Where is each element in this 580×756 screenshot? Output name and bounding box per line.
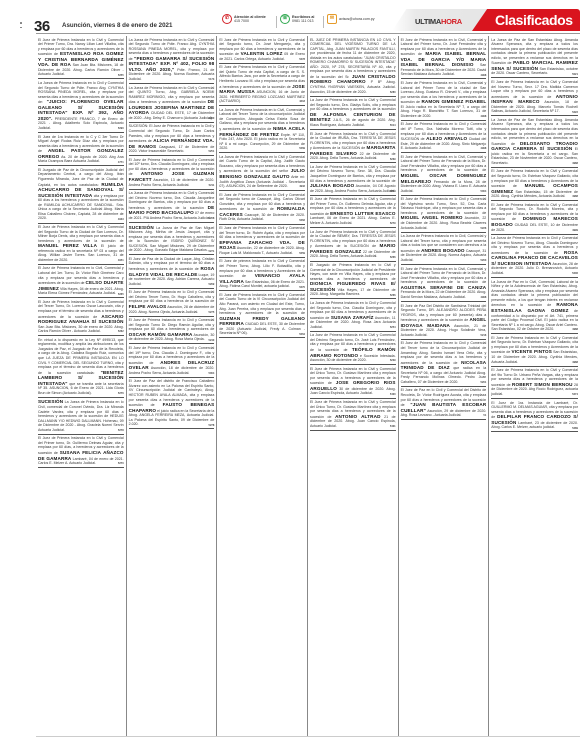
- header-rule: [36, 33, 580, 34]
- legal-notice: La Jueza de Primera Instancia en lo Civi…: [129, 36, 215, 84]
- legal-notice: El Juez de Primera Instancia en lo Civil…: [38, 36, 124, 79]
- legal-notice: En virtud a lo dispuesto en la Ley Nº 49…: [38, 336, 124, 398]
- contact-value: 0981 111 013: [292, 19, 313, 23]
- ad-code: 5270: [299, 286, 305, 291]
- notice-body: La Jueza de Primera Instancia en lo Civi…: [129, 191, 215, 210]
- legal-notice: El Juez de Primera Instancia en lo Civil…: [401, 153, 487, 195]
- legal-notice: El Juez de Primera Instancia en lo Civil…: [219, 64, 305, 106]
- ad-code: 5259: [299, 252, 305, 257]
- legal-notice: La Jueza de Primera Instancia en lo Civi…: [129, 84, 215, 123]
- ad-code: 5251: [209, 150, 215, 155]
- deceased-name: ROBERT SIMON BERNOU: [512, 382, 573, 387]
- ad-code: 4998: [481, 296, 487, 301]
- legal-notice: El Juez de Primera Instancia en lo Civil…: [310, 399, 396, 431]
- whatsapp-contact: ☏ Escribinos al0981 111 013: [280, 14, 314, 24]
- newspaper-logo: ULTIMAHORA: [415, 17, 462, 26]
- ad-code: 5216: [481, 334, 487, 339]
- column-4: EL JUEZ DE PRIMERA INSTANCIA EN LO CIVIL…: [308, 36, 399, 736]
- customer-service-contact: ✆ Atención al cliente415 7000: [222, 14, 266, 24]
- ad-code: 5004: [481, 190, 487, 195]
- deceased-name: ANTONIO ALTRAD: [335, 414, 380, 419]
- ad-code: 5254: [390, 326, 396, 331]
- mail-icon: ✉: [327, 14, 337, 24]
- ad-code: 4932: [299, 185, 305, 190]
- ad-code: 5290: [118, 127, 124, 132]
- deceased-name: RAMON GIMENEZ FIDABEL: [421, 99, 486, 104]
- ad-code: 5201: [481, 381, 487, 386]
- notice-body: El Juez de Primera Instancia en lo Civil…: [401, 197, 487, 215]
- legal-notice: El Juez de Primera Instancia en lo Civil…: [491, 78, 578, 116]
- ad-code: 4999: [572, 229, 578, 234]
- legal-notice: El Juez de Primera Instancia en lo Civil…: [129, 317, 215, 345]
- legal-notice: El Juez de Primera Instancia en lo Civil…: [129, 156, 215, 189]
- deceased-name: VALENTIN LOPEZ: [241, 51, 283, 56]
- brand-banner: ULTIMAHORA Clasificados: [392, 9, 580, 31]
- notice-body: EL JUEZ DE PRIMERA INSTANCIA EN LO CIVIL…: [310, 38, 396, 79]
- ad-code: 5289: [572, 427, 578, 432]
- margin-marks: [20, 22, 22, 36]
- footer-rule: [36, 736, 580, 737]
- dateline: Asunción, viernes 8 de enero de 2021: [62, 22, 172, 29]
- deceased-name: SUCESIÓN: [129, 225, 154, 230]
- deceased-name: OSCAR RAMÓN GAMARRA: [129, 332, 193, 337]
- legal-notice: El Juez de Primera Instancia en lo Civil…: [310, 365, 396, 398]
- legal-notice: El Juez de 1ra. Instancia de Lambaré, Dr…: [491, 399, 578, 432]
- ad-code: 4988: [572, 328, 578, 333]
- ad-code: 4771: [118, 161, 124, 166]
- legal-notice: El Juez de Primera Instancia en lo Civil…: [38, 265, 124, 298]
- legal-notice: El Juez de Primera Instancia en lo Civil…: [401, 265, 487, 302]
- legal-notice: La Jueza de Primera Instancia en lo Civi…: [219, 153, 305, 191]
- ad-code: 5240: [209, 339, 215, 344]
- legal-notice: La Jueza de Primera Instancia en lo Civi…: [491, 235, 578, 278]
- ad-code: 5280: [390, 91, 396, 96]
- deceased-name: ERNESTO LUTTER ESASCO: [330, 211, 396, 216]
- notice-closing: La Jueza de Paz de San Miguel Misiones A…: [129, 226, 215, 253]
- deceased-name: JULIANA BOGADO: [310, 183, 354, 188]
- ad-code: 5173: [209, 78, 215, 83]
- ad-code: 4988: [572, 195, 578, 200]
- ad-code: 5262: [299, 219, 305, 224]
- column-3: El Juez de Primera Instancia en lo Civil…: [217, 36, 308, 736]
- column-2: La Jueza de Primera Instancia en lo Civi…: [127, 36, 218, 736]
- legal-notice: El Juez de Primera Instancia en lo Civil…: [38, 435, 124, 468]
- notice-body: El Juez de Primera Instancia en lo Civil…: [129, 318, 215, 331]
- legal-notice: El Juez de Paz en lo Civil y Comercial d…: [401, 387, 487, 420]
- ad-code: 5264: [299, 333, 305, 338]
- legal-notice: SUCESIÓN: El Juez de Primera Instancia e…: [129, 123, 215, 156]
- contact-value: avisos@uhora.com.py: [339, 17, 375, 21]
- ad-code: 5266: [390, 294, 396, 299]
- notice-body: El Juez de Primera Instancia en lo Civil…: [38, 225, 124, 243]
- legal-notice: La Jueza de Primera Instancia en lo Civi…: [401, 233, 487, 265]
- legal-notice: El Juez de Primera Instancia en lo Civil…: [401, 196, 487, 233]
- ad-code: 5211: [209, 184, 215, 189]
- legal-notice: El Juez de primera Instancia en lo Civil…: [219, 258, 305, 291]
- legal-notice: El Juez de Paz de la Ciudad de Luque, Ab…: [129, 255, 215, 288]
- divider: [323, 16, 324, 28]
- ad-code: 4951: [118, 259, 124, 264]
- ad-code: 5271: [209, 250, 215, 255]
- legal-notice: La Jueza de Paz de San Estanislao Abog. …: [491, 36, 578, 78]
- legal-notice: El Juzgado de Primera Instancia en lo Ci…: [310, 262, 396, 300]
- notice-body: La Juez de Primera Instancia en lo Civil…: [310, 165, 396, 183]
- legal-notice: El Juez de Primera Instancia en lo Civil…: [401, 121, 487, 153]
- legal-notice: La Juez de Primera Instancia en lo Civil…: [310, 97, 396, 130]
- page-header: 36 Asunción, viernes 8 de enero de 2021 …: [0, 0, 580, 34]
- ad-code: 5278: [209, 424, 215, 429]
- legal-notice: El Juez de Primera Instancia en lo Civil…: [38, 298, 124, 336]
- deceased-name: ALEJO AREVALO: [426, 136, 467, 141]
- legal-notice: El Juez de Primera Instancia en lo Civil…: [310, 196, 396, 228]
- ad-code: 5269: [299, 147, 305, 152]
- deceased-name: AGUSTINA SERAFINI DE CANIZA: [401, 285, 487, 290]
- deceased-name: VICENTE PINTOS: [512, 349, 552, 354]
- legal-notice: La Jueza de Primera Instancia en lo Civi…: [219, 106, 305, 153]
- legal-notice: La Jueza de Primera Instancia en lo Civi…: [38, 79, 124, 133]
- legal-notice: El Juez de Primera Instancia en lo Civil…: [491, 168, 578, 201]
- legal-notice: El Juez de Primera Instancia en lo Civil…: [129, 289, 215, 317]
- ad-code: 5265: [118, 293, 124, 298]
- ad-code: 4998: [481, 147, 487, 152]
- phone-icon: ✆: [222, 14, 232, 24]
- deceased-name: MANUEL PEREZ VILLA: [38, 243, 97, 248]
- notice-body: El Juzgado de Primera Instancia en lo Ci…: [310, 263, 396, 281]
- ad-code: 5276: [118, 392, 124, 397]
- ad-code: 4988: [572, 162, 578, 167]
- legal-notice: El Juez de Primera Instancia en lo Civil…: [491, 201, 578, 234]
- ad-code: 4988: [572, 361, 578, 366]
- ad-code: 4933: [118, 218, 124, 223]
- deceased-name: MIGUEL ANGEL ROMERO: [401, 215, 463, 220]
- ad-code: 5274: [572, 393, 578, 398]
- ad-code: 4854: [390, 190, 396, 195]
- legal-notice: El Juez de Primera Instancia en lo Civil…: [401, 36, 487, 79]
- deceased-name: ANDRES BOGADO: [421, 248, 465, 253]
- notice-closing: Fernando de la Mora, 22 de Diciembre de …: [401, 290, 487, 299]
- ad-code: 51: [483, 414, 486, 419]
- column-1: El Juez de Primera Instancia en lo Civil…: [36, 36, 127, 736]
- ad-code: 5278: [299, 58, 305, 63]
- ad-code: 5269: [209, 283, 215, 288]
- ad-code: 5222: [572, 111, 578, 116]
- whatsapp-icon: ☏: [280, 14, 290, 24]
- ad-code: 5255: [118, 74, 124, 79]
- legal-notice: El Juez de Primera Instancia en lo Civil…: [219, 36, 305, 64]
- ad-code: 5279: [390, 222, 396, 227]
- ad-code: 5268: [209, 217, 215, 222]
- ad-code: 5014: [390, 124, 396, 129]
- ad-code: 4998: [481, 74, 487, 79]
- ad-code: 5278: [118, 429, 124, 434]
- notice-body: El Juez de Primera Instancia en lo Civil…: [129, 290, 215, 303]
- notice-body: El Juez de Primera Instancia en lo Civil…: [401, 155, 487, 173]
- notice-body: La Juez de Primera Instancia en lo Civil…: [310, 98, 396, 111]
- ad-code: 5269: [390, 158, 396, 163]
- notice-body: El Juez de Primera Instancia en lo Civil…: [401, 267, 487, 285]
- legal-notice: El Juez de Primera Instancia en lo Civil…: [401, 340, 487, 387]
- legal-notice: El Juez de Primera Instancia en lo Civil…: [310, 130, 396, 163]
- ad-code: 5203: [481, 259, 487, 264]
- notice-body: El Juez de Primera Instancia en lo Civil…: [219, 226, 305, 239]
- contact-value: 415 7000: [234, 19, 249, 23]
- legal-notice: El Juez de Primera Instancia en lo Civil…: [491, 367, 578, 399]
- legal-notice: El Juez de Primera Instancia en lo Civil…: [219, 291, 305, 338]
- notice-closing: Lambaré, 06 de Enero de 2021. Abog. Carl…: [310, 216, 396, 225]
- deceased-name: SUSANA ZARAFÍZ: [331, 315, 374, 320]
- notice-closing: El Juicio radica en la Secretaría Nº 7, …: [401, 105, 487, 118]
- ad-code: 5400: [390, 393, 396, 398]
- legal-notice: La Jueza de Primera Instancia en lo Civi…: [310, 299, 396, 331]
- column-6: La Jueza de Paz de San Estanislao Abog. …: [489, 36, 580, 736]
- ad-code: 5266: [390, 256, 396, 261]
- ad-code: 5262: [118, 330, 124, 335]
- legal-notice: El Juez de Primera Instancia en lo Civil…: [491, 334, 578, 366]
- legal-notice: EL JUEZ DE PRIMERA INSTANCIA EN LO CIVIL…: [310, 36, 396, 97]
- notice-closing: cita y emplaza por 60 días a los hereder…: [38, 194, 124, 221]
- legal-notice: La Juez de Primera Instancia en lo Civil…: [310, 228, 396, 261]
- ad-code: 5401: [390, 425, 396, 430]
- deceased-name: FELIPE AVALOS: [129, 304, 167, 309]
- section-title: Clasificados: [495, 12, 573, 28]
- ad-code: 5021: [572, 73, 578, 78]
- legal-notice: El Juez de Primera Instancia en lo Civil…: [219, 191, 305, 224]
- legal-notice: La Juez de Primera Instancia en lo Civil…: [310, 332, 396, 365]
- legal-notice: SUCESIÓN La Jueza de Primera Instancia e…: [38, 398, 124, 435]
- legal-notice: La Juez de Primera Instancia en lo Civil…: [310, 163, 396, 195]
- ad-code: 5270: [118, 462, 124, 467]
- legal-notice: El Juez de Primera Instancia en lo Civil…: [129, 344, 215, 377]
- notice-closing: La Jueza de Primera Instancia en lo Civi…: [38, 400, 124, 431]
- legal-notice: El Juez de Primera Instancia en lo Civil…: [38, 224, 124, 265]
- legal-notice: El Juez de Primera Instancia en lo Civil…: [401, 79, 487, 120]
- legal-notice: La Jueza de Primera Instancia en lo Civi…: [129, 190, 215, 223]
- email-contact: ✉ avisos@uhora.com.py: [327, 14, 375, 24]
- legal-notice: SUCESIÓN La Jueza de Paz de San Miguel M…: [129, 223, 215, 255]
- legal-notice: La Jueza de Paz de San Estanislao Abog. …: [491, 116, 578, 168]
- ad-code: 4980: [209, 117, 215, 122]
- ad-code: 5226: [481, 227, 487, 232]
- legal-notice: El Juez de Primera Instancia en lo Civil…: [219, 225, 305, 258]
- legal-notice: El Juez de 1ra Instancia en lo C y C 3er…: [38, 133, 124, 166]
- ad-code: 5239: [390, 359, 396, 364]
- column-5: El Juez de Primera Instancia en lo Civil…: [399, 36, 490, 736]
- classifieds-columns: El Juez de Primera Instancia en lo Civil…: [36, 36, 580, 736]
- ad-code: 5275: [209, 311, 215, 316]
- legal-notice: El Juez de Paz Del Distrito de Santísima…: [401, 302, 487, 340]
- ad-code: 5206: [572, 272, 578, 277]
- legal-notice: El Juzgado de Paz de la Circunscripción …: [38, 166, 124, 223]
- divider: [276, 16, 277, 28]
- deceased-name: SUCESIÓN: [38, 399, 63, 404]
- ad-code: 4998: [481, 115, 487, 120]
- ad-code: 5004: [209, 372, 215, 377]
- legal-notice: La Jueza de Paz en lo Civil, Comercial, …: [491, 278, 578, 334]
- legal-notice: El Juez de Paz del distrito de Francisco…: [129, 378, 215, 430]
- ad-code: 4218: [299, 100, 305, 105]
- notice-closing: San Juan Bta. Misiones, 30 de enero de 2…: [38, 325, 124, 334]
- notice-body: El Juez de Primera Instancia en lo Civil…: [219, 293, 305, 315]
- notice-body: La Jueza de Primera Instancia en lo Civi…: [129, 86, 215, 105]
